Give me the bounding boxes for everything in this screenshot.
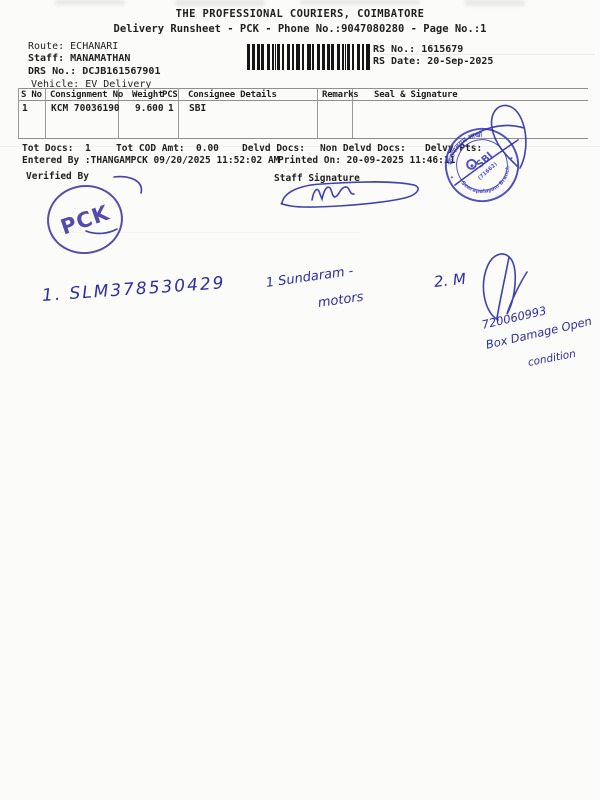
scan-artifact bbox=[175, 0, 265, 6]
handwritten-consignee-line1: 1 Sundaram - bbox=[265, 264, 354, 291]
scan-artifact bbox=[465, 0, 525, 6]
rs-date-value: 20-Sep-2025 bbox=[427, 56, 493, 67]
handwritten-consignee-line2: motors bbox=[317, 290, 364, 311]
staff-line: Staff: MANAMATHAN bbox=[28, 53, 130, 64]
tot-docs-label: Tot Docs: bbox=[22, 143, 73, 154]
verified-by-pen-stroke bbox=[114, 177, 141, 193]
table-column-divider bbox=[178, 88, 179, 138]
drs-line: DRS No.: DCJB161567901 bbox=[28, 66, 160, 77]
route-value: ECHANARI bbox=[70, 41, 118, 52]
staff-signature-scribble bbox=[281, 182, 418, 207]
col-header-remarks: Remarks bbox=[322, 90, 359, 100]
table-header-border bbox=[18, 100, 588, 101]
table-row-pcs: 1 bbox=[168, 103, 174, 114]
star-icon: ★ bbox=[509, 155, 515, 162]
handwritten-receiver-initial: 2. M bbox=[433, 270, 467, 291]
non-delvd-docs-label: Non Delvd Docs: bbox=[320, 143, 406, 154]
verified-by-label: Verified By bbox=[26, 171, 89, 182]
drs-label: DRS No.: bbox=[28, 66, 76, 77]
col-header-seal: Seal & Signature bbox=[374, 90, 458, 100]
runsheet-page: THE PROFESSIONAL COURIERS, COIMBATORE De… bbox=[0, 0, 600, 800]
delvd-docs-label: Delvd Docs: bbox=[242, 143, 305, 154]
printed-on: Printed On: 20-09-2025 11:46:11 bbox=[278, 155, 455, 166]
entered-by: Entered By :THANGAMPCK 09/20/2025 11:52:… bbox=[22, 155, 279, 166]
rs-date-label: RS Date: bbox=[373, 56, 421, 67]
col-header-consignment: Consignment No bbox=[50, 90, 123, 100]
col-header-weight: Weight bbox=[132, 90, 163, 100]
rs-no-label: RS No.: bbox=[373, 44, 415, 55]
table-top-border bbox=[18, 88, 588, 89]
col-header-consignee: Consignee Details bbox=[188, 90, 277, 100]
barcode-icon bbox=[247, 44, 370, 70]
handwritten-remark-line2: condition bbox=[527, 348, 577, 369]
table-row-consignee: SBI bbox=[189, 103, 206, 114]
route-label: Route: bbox=[28, 41, 64, 52]
staff-value: MANAMATHAN bbox=[70, 53, 130, 64]
tot-docs-value: 1 bbox=[85, 143, 91, 154]
rs-no-line: RS No.: 1615679 bbox=[373, 44, 463, 55]
col-header-pcs: PCS bbox=[162, 90, 178, 100]
table-row-sno: 1 bbox=[22, 103, 28, 114]
star-icon: ★ bbox=[450, 174, 456, 181]
sbi-branch-stamp: सीरापालयम शाखा Seerapalayam Branch SBI (… bbox=[433, 116, 531, 214]
rs-date-line: RS Date: 20-Sep-2025 bbox=[373, 56, 493, 67]
tot-cod-value: 0.00 bbox=[196, 143, 219, 154]
table-row-consignment: KCM 70036190 bbox=[51, 103, 120, 114]
table-column-divider bbox=[45, 88, 46, 138]
drs-value: DCJB161567901 bbox=[82, 66, 160, 77]
pck-stamp: PCK bbox=[43, 181, 127, 259]
scan-artifact bbox=[55, 0, 125, 5]
tot-cod-label: Tot COD Amt: bbox=[116, 143, 185, 154]
route-line: Route: ECHANARI bbox=[28, 41, 118, 52]
pen-signatures-layer bbox=[0, 0, 600, 800]
staff-label: Staff: bbox=[28, 53, 64, 64]
rs-no-value: 1615679 bbox=[421, 44, 463, 55]
handwritten-entry-number: 1. SLM378530429 bbox=[41, 273, 226, 306]
sbi-logo-icon bbox=[470, 164, 474, 168]
staff-signature-label: Staff Signature bbox=[274, 173, 360, 184]
scan-artifact bbox=[300, 0, 420, 5]
company-title: THE PROFESSIONAL COURIERS, COIMBATORE bbox=[0, 8, 600, 20]
staff-signature-scribble bbox=[312, 187, 354, 200]
pck-stamp-text: PCK bbox=[57, 200, 112, 239]
receiver-signature-loop bbox=[497, 257, 509, 318]
col-header-sno: S No bbox=[21, 90, 42, 100]
table-column-divider bbox=[18, 88, 19, 138]
table-column-divider bbox=[317, 88, 318, 138]
table-row-weight: 9.600 bbox=[135, 103, 164, 114]
document-subtitle: Delivery Runsheet - PCK - Phone No.:9047… bbox=[0, 23, 600, 35]
